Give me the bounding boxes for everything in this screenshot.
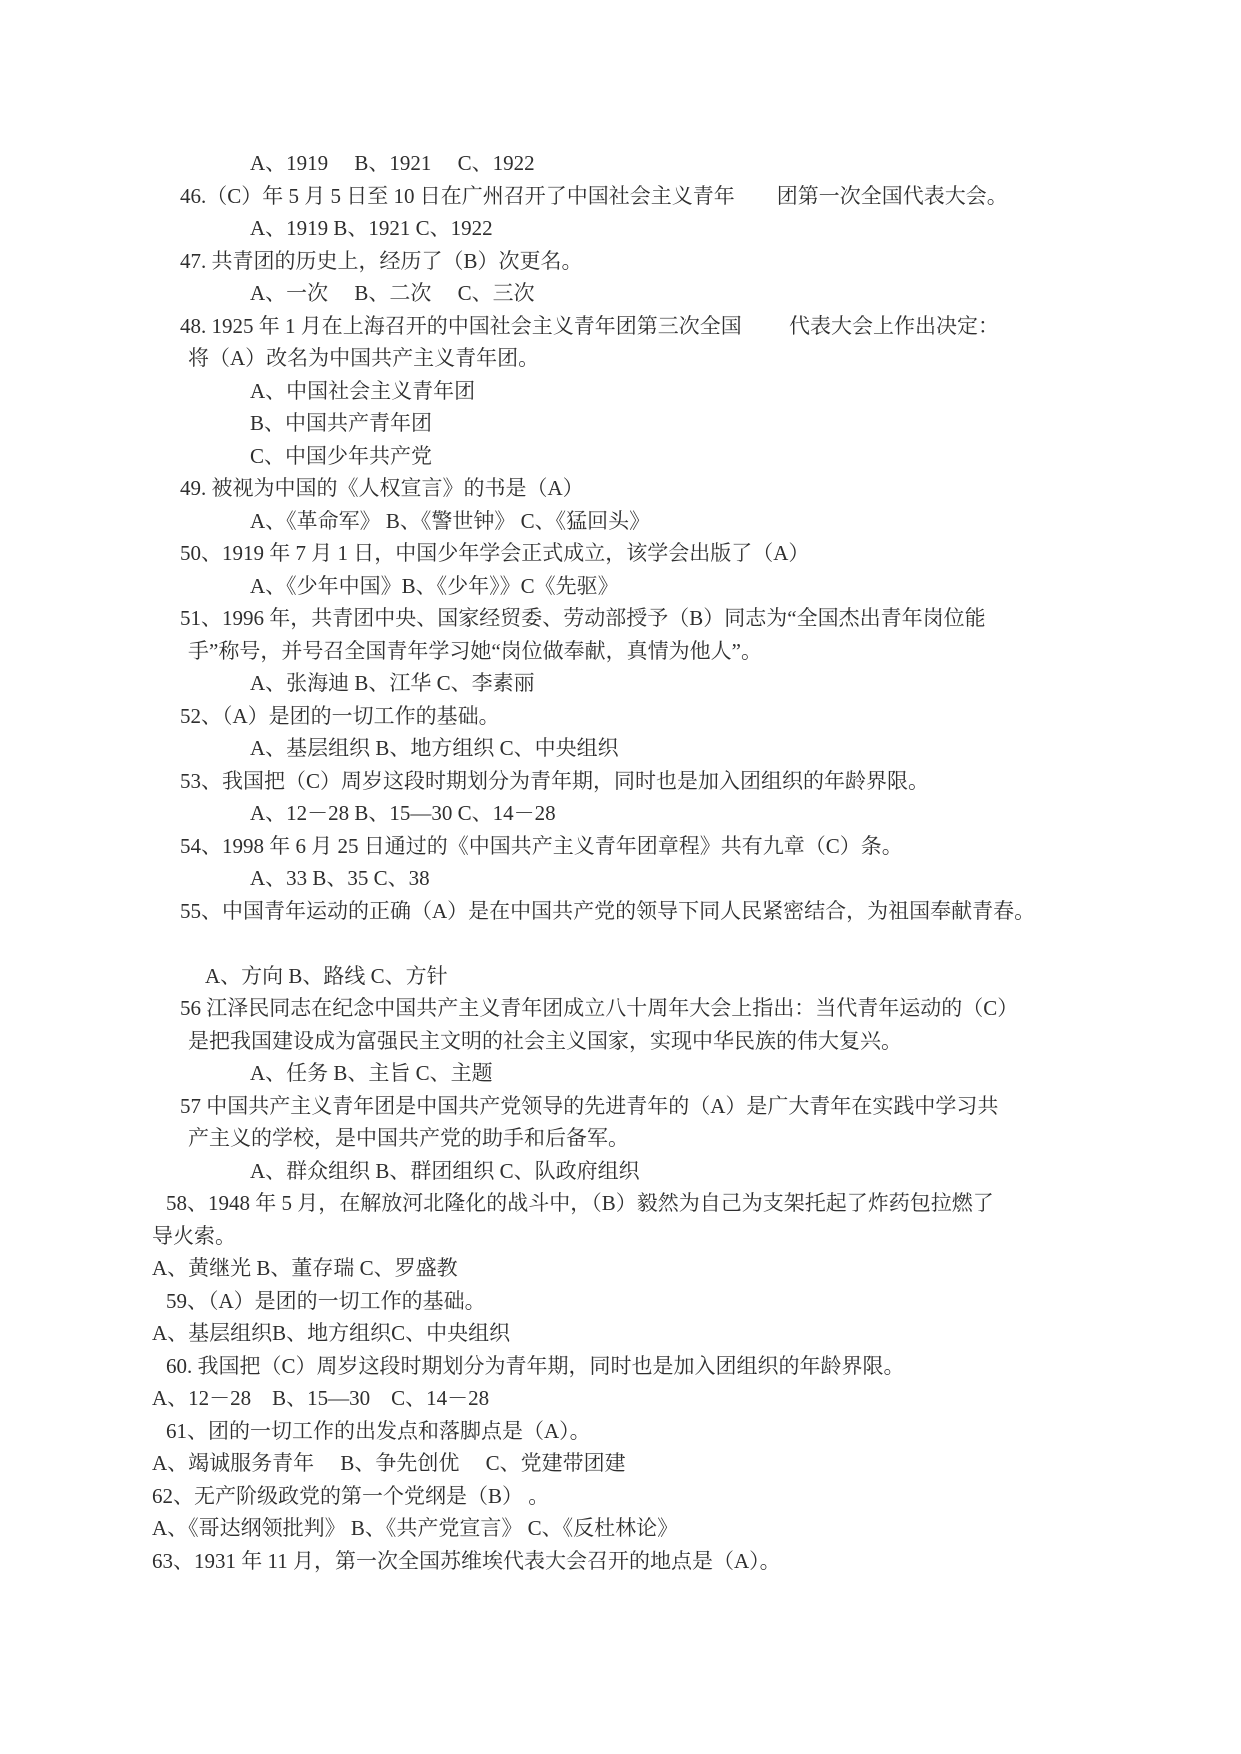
text-line: A、《哥达纲领批判》 B、《共产党宣言》 C、《反杜林论》 — [152, 1512, 1112, 1545]
text-line: A、黄继光 B、董存瑞 C、罗盛教 — [152, 1252, 1112, 1285]
text-line: A、基层组织B、地方组织C、中央组织 — [152, 1317, 1112, 1350]
text-line: 55、中国青年运动的正确（A）是在中国共产党的领导下同人民紧密结合，为祖国奉献青… — [152, 895, 1112, 928]
text-line: 手”称号，并号召全国青年学习她“岗位做奉献，真情为他人”。 — [152, 635, 1112, 668]
text-line: 46.（C）年 5 月 5 日至 10 日在广州召开了中国社会主义青年 团第一次… — [152, 180, 1112, 213]
text-line: B、中国共产青年团 — [152, 407, 1112, 440]
text-line: A、12－28 B、15—30 C、14－28 — [152, 797, 1112, 830]
text-line: 51、1996 年，共青团中央、国家经贸委、劳动部授予（B）同志为“全国杰出青年… — [152, 602, 1112, 635]
text-line: C、中国少年共产党 — [152, 440, 1112, 473]
text-line: A、《革命军》 B、《警世钟》 C、《猛回头》 — [152, 505, 1112, 538]
text-line: 58、1948 年 5 月，在解放河北隆化的战斗中，（B）毅然为自己为支架托起了… — [152, 1187, 1112, 1220]
text-line: A、方向 B、路线 C、方针 — [152, 960, 1112, 993]
text-line: A、《少年中国》B、《少年》》C《先驱》 — [152, 570, 1112, 603]
text-line: 61、团的一切工作的出发点和落脚点是（A）。 — [152, 1415, 1112, 1448]
text-line: A、竭诚服务青年 B、争先创优 C、党建带团建 — [152, 1447, 1112, 1480]
text-line: 48. 1925 年 1 月在上海召开的中国社会主义青年团第三次全国 代表大会上… — [152, 310, 1112, 343]
text-line: 62、无产阶级政党的第一个党纲是（B） 。 — [152, 1480, 1112, 1513]
text-line: 47. 共青团的历史上，经历了（B）次更名。 — [152, 245, 1112, 278]
document-content: A、1919 B、1921 C、192246.（C）年 5 月 5 日至 10 … — [152, 147, 1112, 1577]
text-line: A、1919 B、1921 C、1922 — [152, 212, 1112, 245]
text-line: 是把我国建设成为富强民主文明的社会主义国家，实现中华民族的伟大复兴。 — [152, 1025, 1112, 1058]
text-line: 59、（A）是团的一切工作的基础。 — [152, 1285, 1112, 1318]
document-page: A、1919 B、1921 C、192246.（C）年 5 月 5 日至 10 … — [0, 0, 1241, 1754]
text-line: 49. 被视为中国的《人权宣言》的书是（A） — [152, 472, 1112, 505]
text-line: 63、1931 年 11 月，第一次全国苏维埃代表大会召开的地点是（A）。 — [152, 1545, 1112, 1578]
text-line: 60. 我国把（C）周岁这段时期划分为青年期，同时也是加入团组织的年龄界限。 — [152, 1350, 1112, 1383]
blank-line — [152, 927, 1112, 960]
text-line: 54、1998 年 6 月 25 日通过的《中国共产主义青年团章程》共有九章（C… — [152, 830, 1112, 863]
text-line: A、33 B、35 C、38 — [152, 862, 1112, 895]
text-line: 53、我国把（C）周岁这段时期划分为青年期，同时也是加入团组织的年龄界限。 — [152, 765, 1112, 798]
text-line: A、中国社会主义青年团 — [152, 375, 1112, 408]
text-line: A、群众组织 B、群团组织 C、队政府组织 — [152, 1155, 1112, 1188]
text-line: 产主义的学校，是中国共产党的助手和后备军。 — [152, 1122, 1112, 1155]
text-line: A、张海迪 B、江华 C、李素丽 — [152, 667, 1112, 700]
text-line: 50、1919 年 7 月 1 日，中国少年学会正式成立，该学会出版了（A） — [152, 537, 1112, 570]
text-line: A、任务 B、主旨 C、主题 — [152, 1057, 1112, 1090]
text-line: A、基层组织 B、地方组织 C、中央组织 — [152, 732, 1112, 765]
text-line: 将（A）改名为中国共产主义青年团。 — [152, 342, 1112, 375]
text-line: 56 江泽民同志在纪念中国共产主义青年团成立八十周年大会上指出：当代青年运动的（… — [152, 992, 1112, 1025]
text-line: 57 中国共产主义青年团是中国共产党领导的先进青年的（A）是广大青年在实践中学习… — [152, 1090, 1112, 1123]
text-line: 导火索。 — [152, 1220, 1112, 1253]
text-line: A、1919 B、1921 C、1922 — [152, 147, 1112, 180]
text-line: 52、（A）是团的一切工作的基础。 — [152, 700, 1112, 733]
text-line: A、12－28 B、15—30 C、14－28 — [152, 1382, 1112, 1415]
text-line: A、一次 B、二次 C、三次 — [152, 277, 1112, 310]
